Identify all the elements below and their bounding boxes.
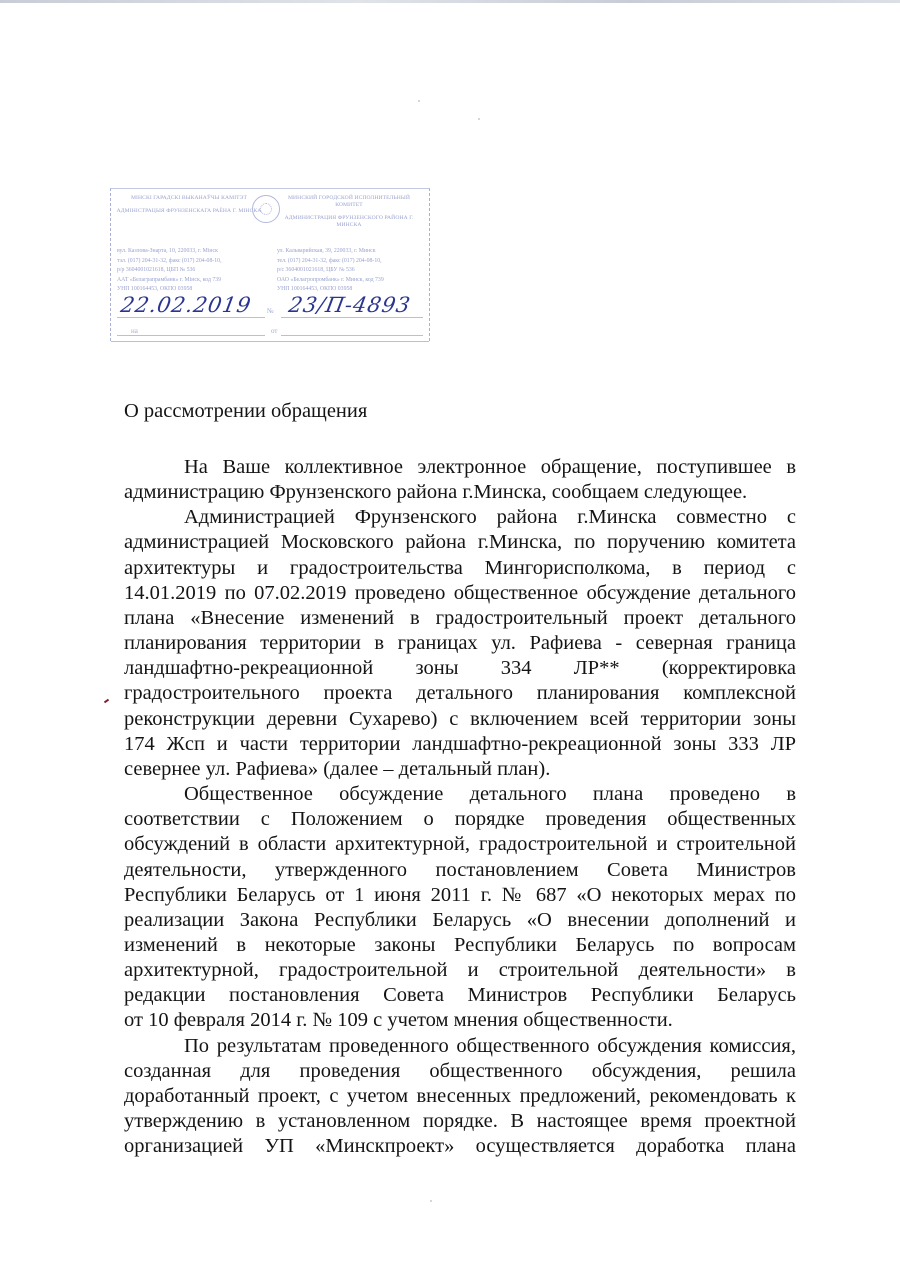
text-line: архитектуры и градостроительства Мингори… bbox=[124, 556, 796, 581]
handwritten-reg-number: 23/П-4893 bbox=[287, 293, 413, 317]
text-line: градостроительного проекта детального пл… bbox=[124, 681, 796, 706]
text-line: архитектурной, градостроительной и строи… bbox=[124, 958, 796, 983]
stamp-address-line: р/с 3604001021618, ЦБУ № 536 bbox=[277, 266, 427, 276]
text-line: редакции постановления Совета Министров … bbox=[124, 983, 796, 1008]
stamp-address-line: р/р 3604001021618, ЦБП № 536 bbox=[117, 266, 267, 276]
stamp-on-line bbox=[117, 335, 265, 336]
text-line: деятельности, утвержденного постановлени… bbox=[124, 858, 796, 883]
text-line: администрацией Московского района г.Минс… bbox=[124, 530, 796, 555]
text-line: созданная для проведения общественного о… bbox=[124, 1059, 796, 1084]
stamp-address-line: ОАО «Белагропромбанк» г. Минск, код 739 bbox=[277, 276, 427, 286]
stamp-address-line: вул. Казлова-Знарта, 10, 220033, г. Мінс… bbox=[117, 247, 267, 257]
handwritten-date: 22.02.2019 bbox=[119, 293, 253, 317]
text-line: от 10 февраля 2014 г. № 109 с учетом мне… bbox=[124, 1008, 796, 1033]
document-page: МІНСКІ ГАРАДСКІ ВЫКАНАЎЧЫ КАМІТЭТ АДМІНІ… bbox=[0, 0, 900, 1280]
stamp-right-address: ул. Кальварийская, 39, 220033, г. Минск … bbox=[277, 247, 427, 295]
scan-speck bbox=[478, 118, 480, 120]
stamp-bottom-border bbox=[111, 341, 429, 342]
text-line: доработанный проект, с учетом внесенных … bbox=[124, 1084, 796, 1109]
stamp-number-line bbox=[281, 317, 423, 318]
text-line: администрацию Фрунзенского района г.Минс… bbox=[124, 480, 796, 505]
paragraph-2: Администрацией Фрунзенского района г.Мин… bbox=[124, 505, 796, 782]
text-line: Республики Беларусь от 1 июня 2011 г. № … bbox=[124, 883, 796, 908]
text-line: организацией УП «Минскпроект» осуществля… bbox=[124, 1134, 796, 1159]
scan-edge bbox=[0, 0, 900, 3]
stamp-on-label: на bbox=[131, 327, 138, 335]
text-line: 14.01.2019 по 07.02.2019 проведено общес… bbox=[124, 581, 796, 606]
stamp-right-department: АДМИНИСТРАЦИЯ ФРУНЗЕНСКОГО РАЙОНА г. МИН… bbox=[275, 215, 423, 229]
stamp-right-header: МИНСКИЙ ГОРОДСКОЙ ИСПОЛНИТЕЛЬНЫЙ КОМИТЕТ… bbox=[275, 193, 423, 229]
stamp-address-line: ул. Кальварийская, 39, 220033, г. Минск bbox=[277, 247, 427, 257]
text-line: Администрацией Фрунзенского района г.Мин… bbox=[124, 505, 796, 530]
text-line: севернее ул. Рафиева» (далее – детальный… bbox=[124, 757, 796, 782]
stamp-from-line bbox=[281, 335, 423, 336]
scan-speck bbox=[430, 1200, 432, 1202]
stamp-left-department: АДМІНІСТРАЦЫЯ ФРУНЗЕНСКАГА РАЁНА г. МІНС… bbox=[115, 208, 263, 215]
text-line: плана «Внесение изменений в градостроите… bbox=[124, 606, 796, 631]
stamp-left-header: МІНСКІ ГАРАДСКІ ВЫКАНАЎЧЫ КАМІТЭТ АДМІНІ… bbox=[115, 193, 263, 215]
stamp-address-line: тел. (017) 204-31-32, факс (017) 204-08-… bbox=[277, 257, 427, 267]
stamp-left-address: вул. Казлова-Знарта, 10, 220033, г. Мінс… bbox=[117, 247, 267, 295]
text-line: планирования территории в границах ул. Р… bbox=[124, 631, 796, 656]
paragraph-1: На Ваше коллективное электронное обращен… bbox=[124, 455, 796, 505]
stamp-date-line bbox=[117, 317, 265, 318]
text-line: По результатам проведенного общественног… bbox=[124, 1034, 796, 1059]
stamp-left-authority: МІНСКІ ГАРАДСКІ ВЫКАНАЎЧЫ КАМІТЭТ bbox=[115, 195, 263, 202]
text-line: соответствии с Положением о порядке пров… bbox=[124, 807, 796, 832]
stamp-address-line: ААТ «Белаграпрамбанк» г. Мінск, код 739 bbox=[117, 276, 267, 286]
paragraph-3: Общественное обсуждение детального плана… bbox=[124, 782, 796, 1034]
text-line: реконструкции деревни Сухарево) с включе… bbox=[124, 707, 796, 732]
text-line: утверждению в установленном порядке. В н… bbox=[124, 1109, 796, 1134]
text-line: На Ваше коллективное электронное обращен… bbox=[124, 455, 796, 480]
stamp-right-authority: МИНСКИЙ ГОРОДСКОЙ ИСПОЛНИТЕЛЬНЫЙ КОМИТЕТ bbox=[275, 195, 423, 209]
margin-pen-mark bbox=[104, 699, 109, 704]
letter-body: На Ваше коллективное электронное обращен… bbox=[124, 455, 796, 1159]
text-line: изменений в некоторые законы Республики … bbox=[124, 933, 796, 958]
stamp-number-sign: № bbox=[267, 307, 274, 315]
text-line: 174 Жсп и части территории ландшафтно-ре… bbox=[124, 732, 796, 757]
letter-subject: О рассмотрении обращения bbox=[124, 398, 367, 424]
stamp-from-label: от bbox=[271, 327, 277, 335]
paragraph-4: По результатам проведенного общественног… bbox=[124, 1034, 796, 1160]
registration-stamp: МІНСКІ ГАРАДСКІ ВЫКАНАЎЧЫ КАМІТЭТ АДМІНІ… bbox=[110, 188, 430, 341]
scan-speck bbox=[418, 100, 420, 102]
text-line: обсуждений в области архитектурной, град… bbox=[124, 832, 796, 857]
text-line: реализации Закона Республики Беларусь «О… bbox=[124, 908, 796, 933]
text-line: ландшафтно-рекреационной зоны 334 ЛР** (… bbox=[124, 656, 796, 681]
stamp-address-line: тэл. (017) 204-31-32, факс (017) 204-08-… bbox=[117, 257, 267, 267]
text-line: Общественное обсуждение детального плана… bbox=[124, 782, 796, 807]
